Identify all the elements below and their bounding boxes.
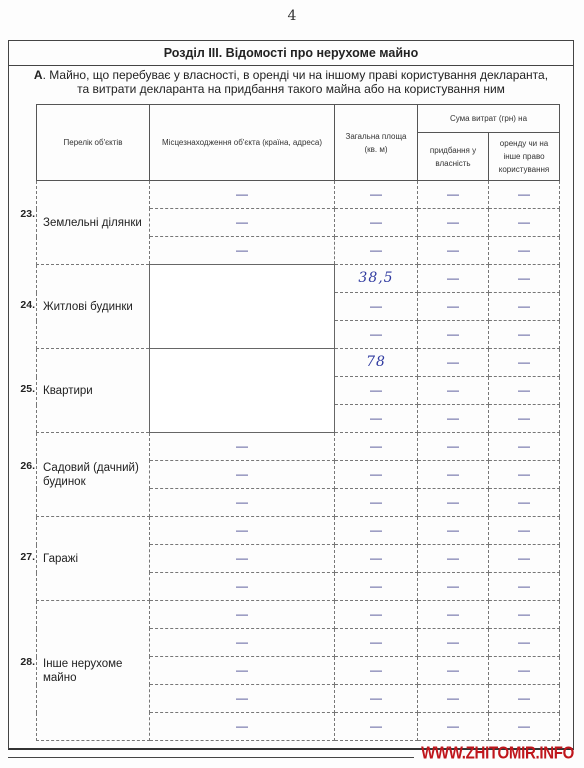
area-cell: — — [335, 405, 418, 433]
purchase-cell: — — [418, 209, 489, 237]
location-cell: — — [150, 517, 335, 545]
table-body: Землельні ділянки————————————Житлові буд… — [37, 181, 560, 741]
handwritten-value: 38,5 — [335, 265, 417, 292]
rent-cell: — — [489, 237, 560, 265]
handwritten-dash: — — [335, 573, 417, 600]
handwritten-dash: — — [418, 629, 488, 656]
handwritten-dash: — — [489, 657, 559, 684]
area-cell: — — [335, 321, 418, 349]
location-cell: — — [150, 433, 335, 461]
handwritten-dash: — — [150, 629, 334, 656]
handwritten-dash: — — [489, 517, 559, 544]
property-type: Землельні ділянки — [37, 181, 150, 265]
handwritten-dash: — — [418, 545, 488, 572]
purchase-cell: — — [418, 461, 489, 489]
area-cell: — — [335, 293, 418, 321]
area-cell: — — [335, 517, 418, 545]
area-cell: — — [335, 685, 418, 713]
header-purchase: придбання у власність — [418, 133, 489, 181]
purchase-cell: — — [418, 377, 489, 405]
handwritten-dash: — — [418, 321, 488, 348]
handwritten-dash: — — [335, 713, 417, 740]
subtitle-line-1: . Майно, що перебуває у власності, в оре… — [43, 68, 548, 82]
rent-cell: — — [489, 685, 560, 713]
location-cell: — — [150, 573, 335, 601]
location-cell: — — [150, 601, 335, 629]
handwritten-dash: — — [335, 405, 417, 432]
handwritten-dash: — — [418, 657, 488, 684]
watermark: WWW.ZHITOMIR.INFO — [421, 744, 574, 764]
property-type: Інше нерухоме майно — [37, 601, 150, 741]
handwritten-dash: — — [489, 293, 559, 320]
purchase-cell: — — [418, 601, 489, 629]
rent-cell: — — [489, 321, 560, 349]
rent-cell: — — [489, 405, 560, 433]
handwritten-dash: — — [489, 181, 559, 208]
purchase-cell: — — [418, 517, 489, 545]
section-frame: Розділ III. Відомості про нерухоме майно… — [8, 40, 574, 750]
row-number: 24. — [9, 299, 35, 311]
location-cell: — — [150, 489, 335, 517]
handwritten-dash: — — [335, 181, 417, 208]
rent-cell: — — [489, 573, 560, 601]
handwritten-value: 78 — [335, 349, 417, 376]
handwritten-dash: — — [418, 377, 488, 404]
purchase-cell: — — [418, 293, 489, 321]
purchase-cell: — — [418, 265, 489, 293]
property-type: Квартири — [37, 349, 150, 433]
purchase-cell: — — [418, 489, 489, 517]
rent-cell: — — [489, 349, 560, 377]
handwritten-dash: — — [418, 685, 488, 712]
rent-cell: — — [489, 545, 560, 573]
handwritten-dash: — — [489, 489, 559, 516]
purchase-cell: — — [418, 237, 489, 265]
handwritten-dash: — — [335, 293, 417, 320]
table-row: Садовий (дачний) будинок———— — [37, 433, 560, 461]
rent-cell: — — [489, 657, 560, 685]
handwritten-dash: — — [489, 545, 559, 572]
purchase-cell: — — [418, 321, 489, 349]
handwritten-dash: — — [335, 545, 417, 572]
header-rent: оренду чи на інше право користування — [489, 133, 560, 181]
rent-cell: — — [489, 601, 560, 629]
handwritten-dash: — — [335, 657, 417, 684]
handwritten-dash: — — [335, 517, 417, 544]
subtitle-line-2: та витрати декларанта на придбання таког… — [77, 82, 505, 96]
rent-cell: — — [489, 209, 560, 237]
area-cell: — — [335, 461, 418, 489]
handwritten-dash: — — [335, 685, 417, 712]
handwritten-dash: — — [489, 713, 559, 740]
area-cell: — — [335, 377, 418, 405]
rent-cell: — — [489, 489, 560, 517]
handwritten-dash: — — [418, 573, 488, 600]
handwritten-dash: — — [418, 461, 488, 488]
handwritten-dash: — — [150, 545, 334, 572]
handwritten-dash: — — [150, 181, 334, 208]
purchase-cell: — — [418, 629, 489, 657]
handwritten-dash: — — [418, 713, 488, 740]
location-cell: — — [150, 237, 335, 265]
handwritten-dash: — — [489, 573, 559, 600]
section-subtitle: А. Майно, що перебуває у власності, в ор… — [9, 68, 573, 96]
page-number: 4 — [0, 8, 584, 24]
handwritten-dash: — — [489, 405, 559, 432]
handwritten-dash: — — [418, 405, 488, 432]
handwritten-dash: — — [418, 237, 488, 264]
rent-cell: — — [489, 377, 560, 405]
location-cell: — — [150, 209, 335, 237]
row-number: 28. — [9, 656, 35, 668]
handwritten-dash: — — [335, 321, 417, 348]
handwritten-dash: — — [150, 657, 334, 684]
purchase-cell: — — [418, 545, 489, 573]
handwritten-dash: — — [418, 601, 488, 628]
purchase-cell: — — [418, 405, 489, 433]
rent-cell: — — [489, 181, 560, 209]
table-row: Землельні ділянки———— — [37, 181, 560, 209]
section-title: Розділ III. Відомості про нерухоме майно — [9, 41, 573, 66]
row-number: 27. — [9, 551, 35, 563]
handwritten-dash: — — [150, 573, 334, 600]
handwritten-dash: — — [489, 237, 559, 264]
handwritten-dash: — — [418, 209, 488, 236]
area-cell: — — [335, 237, 418, 265]
property-table: Перелік об'єктів Місцезнаходження об'єкт… — [36, 104, 560, 741]
area-cell: — — [335, 629, 418, 657]
handwritten-dash: — — [418, 265, 488, 292]
handwritten-dash: — — [335, 377, 417, 404]
row-number: 26. — [9, 460, 35, 472]
location-cell: — — [150, 657, 335, 685]
table-row: Гаражі———— — [37, 517, 560, 545]
location-cell: — — [150, 629, 335, 657]
handwritten-dash: — — [418, 181, 488, 208]
location-cell: — — [150, 461, 335, 489]
property-type: Садовий (дачний) будинок — [37, 433, 150, 517]
area-cell: — — [335, 433, 418, 461]
handwritten-dash: — — [489, 265, 559, 292]
area-cell: — — [335, 181, 418, 209]
purchase-cell: — — [418, 433, 489, 461]
handwritten-dash: — — [418, 293, 488, 320]
rent-cell: — — [489, 461, 560, 489]
location-cell: — — [150, 181, 335, 209]
subtitle-letter: А — [34, 68, 43, 82]
purchase-cell: — — [418, 181, 489, 209]
header-area: Загальна площа (кв. м) — [335, 105, 418, 181]
handwritten-dash: — — [335, 237, 417, 264]
handwritten-dash: — — [335, 461, 417, 488]
handwritten-dash: — — [489, 461, 559, 488]
rent-cell: — — [489, 433, 560, 461]
handwritten-dash: — — [489, 209, 559, 236]
handwritten-dash: — — [150, 489, 334, 516]
purchase-cell: — — [418, 685, 489, 713]
rent-cell: — — [489, 517, 560, 545]
location-cell — [150, 349, 335, 433]
handwritten-dash: — — [150, 209, 334, 236]
handwritten-dash: — — [418, 433, 488, 460]
purchase-cell: — — [418, 657, 489, 685]
rent-cell: — — [489, 265, 560, 293]
handwritten-dash: — — [150, 237, 334, 264]
purchase-cell: — — [418, 713, 489, 741]
location-cell: — — [150, 713, 335, 741]
table-row: Квартири78—— — [37, 349, 560, 377]
handwritten-dash: — — [335, 601, 417, 628]
row-number: 25. — [9, 383, 35, 395]
header-expenses: Сума витрат (грн) на — [418, 105, 560, 133]
handwritten-dash: — — [150, 713, 334, 740]
handwritten-dash: — — [335, 489, 417, 516]
handwritten-dash: — — [489, 433, 559, 460]
handwritten-dash: — — [150, 461, 334, 488]
handwritten-dash: — — [335, 433, 417, 460]
area-cell: — — [335, 601, 418, 629]
area-cell: — — [335, 489, 418, 517]
rent-cell: — — [489, 293, 560, 321]
area-cell: — — [335, 545, 418, 573]
property-type: Житлові будинки — [37, 265, 150, 349]
handwritten-dash: — — [418, 517, 488, 544]
handwritten-dash: — — [335, 209, 417, 236]
purchase-cell: — — [418, 573, 489, 601]
area-cell: 38,5 — [335, 265, 418, 293]
location-cell: — — [150, 685, 335, 713]
rent-cell: — — [489, 713, 560, 741]
area-cell: 78 — [335, 349, 418, 377]
table-row: Інше нерухоме майно———— — [37, 601, 560, 629]
handwritten-dash: — — [150, 601, 334, 628]
location-cell: — — [150, 545, 335, 573]
handwritten-dash: — — [489, 321, 559, 348]
header-objects: Перелік об'єктів — [37, 105, 150, 181]
handwritten-dash: — — [489, 629, 559, 656]
area-cell: — — [335, 209, 418, 237]
handwritten-dash: — — [335, 629, 417, 656]
handwritten-dash: — — [489, 349, 559, 376]
handwritten-dash: — — [489, 601, 559, 628]
table-row: Житлові будинки38,5—— — [37, 265, 560, 293]
rent-cell: — — [489, 629, 560, 657]
handwritten-dash: — — [418, 349, 488, 376]
handwritten-dash: — — [489, 377, 559, 404]
row-number: 23. — [9, 208, 35, 220]
handwritten-dash: — — [489, 685, 559, 712]
location-cell — [150, 265, 335, 349]
area-cell: — — [335, 657, 418, 685]
property-type: Гаражі — [37, 517, 150, 601]
footer-rule — [8, 757, 414, 758]
area-cell: — — [335, 573, 418, 601]
handwritten-dash: — — [418, 489, 488, 516]
handwritten-dash: — — [150, 685, 334, 712]
header-location: Місцезнаходження об'єкта (країна, адреса… — [150, 105, 335, 181]
handwritten-dash: — — [150, 517, 334, 544]
handwritten-dash: — — [150, 433, 334, 460]
purchase-cell: — — [418, 349, 489, 377]
area-cell: — — [335, 713, 418, 741]
